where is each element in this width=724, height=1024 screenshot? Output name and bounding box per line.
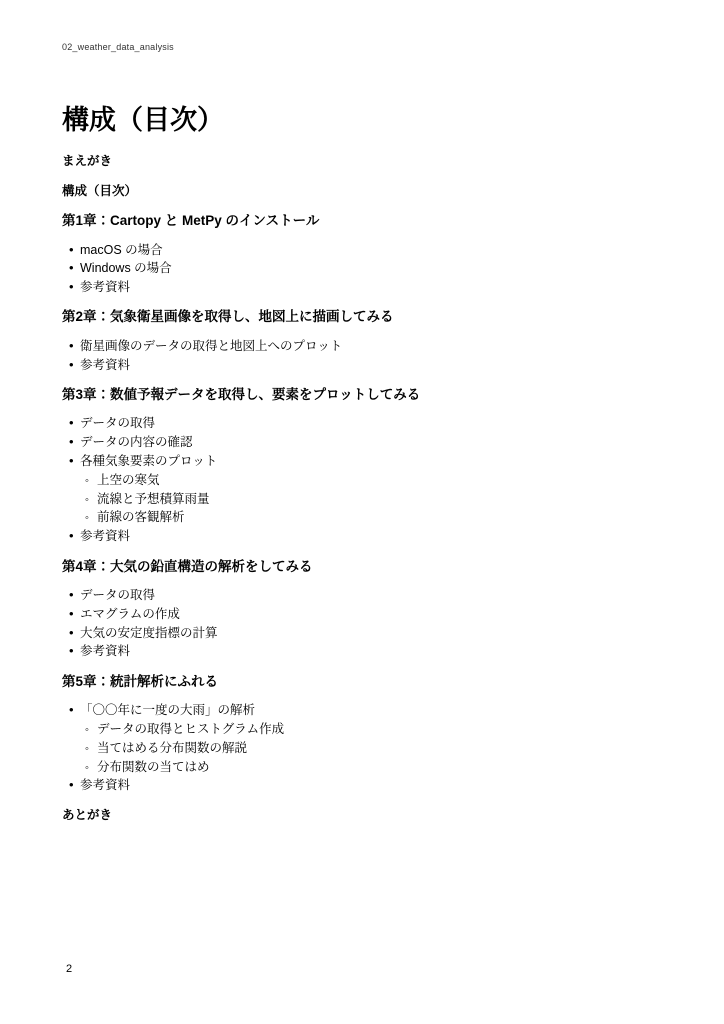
toc-list-item: Windows の場合 — [80, 259, 669, 278]
toc-subitem-label: データの取得とヒストグラム作成 — [97, 722, 284, 736]
circle-bullet-icon — [85, 471, 95, 491]
toc-item-label: Windows の場合 — [80, 261, 172, 275]
chapter-1-heading: 第1章：Cartopy と MetPy のインストール — [62, 211, 669, 230]
toc-sublist-item: 前線の客観解析 — [97, 508, 669, 527]
chapter-4-heading: 第4章：大気の鉛直構造の解析をしてみる — [62, 557, 669, 576]
bullet-icon — [69, 414, 79, 433]
toc-subitem-label: 流線と予想積算雨量 — [97, 492, 210, 506]
page-header-filename: 02_weather_data_analysis — [62, 42, 669, 53]
toc-item-label: 衛星画像のデータの取得と地図上へのプロット — [80, 339, 342, 353]
circle-bullet-icon — [85, 739, 95, 759]
toc-subitem-label: 当てはめる分布関数の解説 — [97, 741, 247, 755]
chapter-4-list: データの取得 エマグラムの作成 大気の安定度指標の計算 参考資料 — [62, 586, 669, 661]
chapter-3-list: データの取得 データの内容の確認 各種気象要素のプロット 上空の寒気 流線と予想… — [62, 414, 669, 546]
circle-bullet-icon — [85, 508, 95, 528]
toc-sublist-item: 上空の寒気 — [97, 471, 669, 490]
toc-item-label: 参考資料 — [80, 529, 130, 543]
toc-list-item: 参考資料 — [80, 356, 669, 375]
chapter-2-heading: 第2章：気象衛星画像を取得し、地図上に描画してみる — [62, 307, 669, 326]
toc-frontmatter-maegaki: まえがき — [62, 152, 669, 171]
bullet-icon — [69, 356, 79, 375]
circle-bullet-icon — [85, 758, 95, 778]
toc-list-item: macOS の場合 — [80, 241, 669, 260]
toc-list-item: 参考資料 — [80, 776, 669, 795]
toc-list-item: 参考資料 — [80, 642, 669, 661]
toc-list-item: エマグラムの作成 — [80, 605, 669, 624]
toc-item-label: 参考資料 — [80, 358, 130, 372]
toc-list-item: データの取得 — [80, 586, 669, 605]
bullet-icon — [69, 776, 79, 795]
toc-item-label: 参考資料 — [80, 778, 130, 792]
toc-frontmatter-kousei: 構成（目次） — [62, 182, 669, 201]
bullet-icon — [69, 278, 79, 297]
toc-subitem-label: 分布関数の当てはめ — [97, 760, 210, 774]
toc-list-item: 各種気象要素のプロット 上空の寒気 流線と予想積算雨量 前線の客観解析 — [80, 452, 669, 527]
toc-list-item: 「〇〇年に一度の大雨」の解析 データの取得とヒストグラム作成 当てはめる分布関数… — [80, 701, 669, 776]
bullet-icon — [69, 527, 79, 546]
toc-item-label: データの取得 — [80, 588, 155, 602]
toc-list-item: 衛星画像のデータの取得と地図上へのプロット — [80, 337, 669, 356]
toc-list-item: データの内容の確認 — [80, 433, 669, 452]
toc-item-label: エマグラムの作成 — [80, 607, 180, 621]
toc-item-label: データの内容の確認 — [80, 435, 193, 449]
page-content: 02_weather_data_analysis 構成（目次） まえがき 構成（… — [62, 42, 669, 835]
chapter-1-list: macOS の場合 Windows の場合 参考資料 — [62, 241, 669, 297]
bullet-icon — [69, 605, 79, 624]
toc-sublist-item: 当てはめる分布関数の解説 — [97, 739, 669, 758]
toc-sublist-item: 流線と予想積算雨量 — [97, 490, 669, 509]
bullet-icon — [69, 337, 79, 356]
toc-sublist-item: 分布関数の当てはめ — [97, 758, 669, 777]
circle-bullet-icon — [85, 490, 95, 510]
toc-list-item: 大気の安定度指標の計算 — [80, 624, 669, 643]
toc-item-label: 大気の安定度指標の計算 — [80, 626, 218, 640]
toc-backmatter-atogaki: あとがき — [62, 806, 669, 825]
bullet-icon — [69, 701, 79, 720]
bullet-icon — [69, 433, 79, 452]
toc-item-label: macOS の場合 — [80, 243, 163, 257]
toc-subitem-label: 上空の寒気 — [97, 473, 160, 487]
chapter-5-heading: 第5章：統計解析にふれる — [62, 672, 669, 691]
page-title: 構成（目次） — [62, 103, 669, 137]
chapter-5-sublist: データの取得とヒストグラム作成 当てはめる分布関数の解説 分布関数の当てはめ — [80, 720, 669, 776]
bullet-icon — [69, 586, 79, 605]
page-number: 2 — [66, 962, 72, 976]
toc-item-label: 各種気象要素のプロット — [80, 454, 217, 468]
chapter-2-list: 衛星画像のデータの取得と地図上へのプロット 参考資料 — [62, 337, 669, 375]
toc-list-item: 参考資料 — [80, 278, 669, 297]
bullet-icon — [69, 624, 79, 643]
toc-sublist-item: データの取得とヒストグラム作成 — [97, 720, 669, 739]
bullet-icon — [69, 259, 79, 278]
chapter-5-list: 「〇〇年に一度の大雨」の解析 データの取得とヒストグラム作成 当てはめる分布関数… — [62, 701, 669, 795]
toc-list-item: 参考資料 — [80, 527, 669, 546]
chapter-3-heading: 第3章：数値予報データを取得し、要素をプロットしてみる — [62, 385, 669, 404]
circle-bullet-icon — [85, 720, 95, 740]
toc-item-label: 「〇〇年に一度の大雨」の解析 — [80, 703, 255, 717]
toc-item-label: データの取得 — [80, 416, 155, 430]
bullet-icon — [69, 642, 79, 661]
document-page: 02_weather_data_analysis 構成（目次） まえがき 構成（… — [0, 0, 724, 1024]
bullet-icon — [69, 452, 79, 471]
chapter-3-sublist: 上空の寒気 流線と予想積算雨量 前線の客観解析 — [80, 471, 669, 527]
bullet-icon — [69, 241, 79, 260]
toc-subitem-label: 前線の客観解析 — [97, 510, 185, 524]
toc-item-label: 参考資料 — [80, 280, 130, 294]
toc-item-label: 参考資料 — [80, 644, 130, 658]
toc-list-item: データの取得 — [80, 414, 669, 433]
